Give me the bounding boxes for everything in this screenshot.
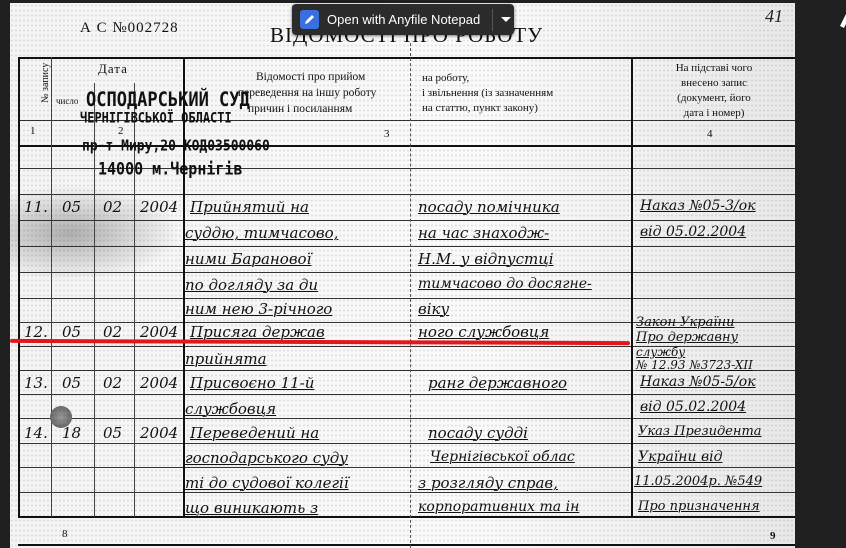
entry-11-text-2: суддю, тимчасово, <box>185 224 338 242</box>
entry-14-text-1: Переведений на <box>190 424 319 442</box>
column-number-4: 4 <box>707 128 713 140</box>
header-date-day: число <box>56 93 78 109</box>
entry-12-basis-2: Про державну <box>636 330 738 345</box>
stamp-line-3: пр-т Миру,20 КОД03500060 <box>82 138 270 155</box>
entry-12-text-2: прийнята <box>185 350 267 368</box>
entry-11-month: 02 <box>103 198 122 216</box>
open-with-label: Open with Anyfile Notepad <box>327 12 480 27</box>
entry-13-text-r1: ранг державного <box>428 374 567 392</box>
header-record-no: № запису <box>38 63 54 103</box>
column-number-3: 3 <box>384 128 390 140</box>
header-basis-2: внесено запис <box>634 76 794 91</box>
column-number-1: 1 <box>30 125 36 137</box>
document-serial-number: А С №002728 <box>80 20 179 37</box>
header-basis-1: На підставі чого <box>634 61 794 76</box>
entry-12-basis-3: службу <box>636 345 685 359</box>
entry-14-text-4: що виникають з <box>185 499 318 517</box>
page-fold-line <box>410 43 411 548</box>
entry-11-no: 11. <box>24 198 48 216</box>
entry-14-text-3: ті до судової колегії <box>185 474 349 492</box>
stamp-line-4: 14000 м.Чернігів <box>98 159 243 180</box>
entry-14-basis-2: України від <box>638 449 722 465</box>
entry-14-year: 2004 <box>140 424 178 442</box>
entry-13-basis-2: від 05.02.2004 <box>640 399 746 415</box>
table-top-rule <box>18 57 795 59</box>
entry-11-text-r5: віку <box>418 300 449 318</box>
entry-11-day: 05 <box>62 198 81 216</box>
entry-11-text-r2: на час знаходж- <box>418 224 549 242</box>
header-info-cont-1: на роботу, <box>422 70 469 86</box>
entry-14-text-r1: посаду судді <box>428 424 528 442</box>
entry-14-month: 05 <box>103 424 122 442</box>
entry-12-basis-1: Закон України <box>636 315 734 330</box>
entry-14-basis-4: Про призначення <box>638 499 760 514</box>
entry-13-text-2: службовця <box>185 400 276 418</box>
entry-11-basis-2: від 05.02.2004 <box>640 224 746 240</box>
header-info-2: переведення на іншу роботу <box>238 85 376 101</box>
entry-14-basis-3: 11.05.2004р. №549 <box>634 474 762 489</box>
pencil-edit-icon <box>300 10 319 29</box>
header-date: Дата <box>98 61 128 77</box>
entry-12-text-1: Присяга держав <box>190 323 325 341</box>
entry-11-year: 2004 <box>140 198 178 216</box>
entry-14-text-r3: з розгляду справ, <box>418 474 558 492</box>
stamp-line-2: ЧЕРНІГІВСЬКОЇ ОБЛАСТІ <box>80 110 232 126</box>
entry-14-text-2: господарського суду <box>185 449 348 467</box>
header-info-cont-2: і звільнення (із зазначенням <box>422 85 553 101</box>
entry-11-text-1: Прийнятий на <box>190 198 309 216</box>
hole-punch-mark <box>50 406 72 428</box>
entry-14-basis-1: Указ Президента <box>638 424 762 439</box>
entry-11-text-r4: тимчасово до досягне- <box>418 276 592 292</box>
col-divider <box>51 57 52 517</box>
entry-11-text-3: ними Баранової <box>185 250 311 268</box>
header-info-1: Відомості про прийом <box>256 69 365 85</box>
chevron-down-icon[interactable] <box>501 17 511 22</box>
footer-page-number-right: 9 <box>770 530 776 542</box>
image-viewer: А С №002728 ВІДОМОСТІ ПРО РОБОТУ 41 № за… <box>0 0 846 548</box>
entry-14-text-r2: Чернігівської облас <box>430 449 575 465</box>
entry-11-basis-1: Наказ №05-3/ок <box>640 198 756 214</box>
col-divider <box>631 57 633 517</box>
entry-13-no: 13. <box>24 374 48 392</box>
stamp-line-1: ОСПОДАРСЬКИЙ СУД <box>86 89 250 112</box>
entry-12-basis-4: № 12.93 №3723-XII <box>636 358 753 372</box>
entry-11-text-4: по догляду за ди <box>185 276 318 294</box>
header-info-3: причин і посиланням <box>248 101 352 117</box>
entry-11-text-5: ним нею 3-річного <box>185 300 332 318</box>
entry-12-text-r1: ного службовця <box>418 323 549 341</box>
entry-12-year: 2004 <box>140 323 178 341</box>
entry-13-year: 2004 <box>140 374 178 392</box>
column-number-2: 2 <box>118 125 124 137</box>
open-with-anyfile-notepad-button[interactable]: Open with Anyfile Notepad <box>292 4 514 35</box>
footer-page-number-left: 8 <box>62 528 68 540</box>
header-basis: На підставі чого внесено запис (документ… <box>634 61 794 121</box>
entry-13-month: 02 <box>103 374 122 392</box>
header-basis-4: дата і номер) <box>634 106 794 121</box>
entry-13-text-1: Присвоєно 11-й <box>190 374 314 392</box>
entry-13-basis-1: Наказ №05-5/ок <box>640 374 756 390</box>
corner-page-number: 41 <box>765 6 783 27</box>
scanned-document-page: А С №002728 ВІДОМОСТІ ПРО РОБОТУ 41 № за… <box>10 3 795 548</box>
header-basis-3: (документ, його <box>634 91 794 106</box>
table-left-border <box>18 57 20 517</box>
entry-11-text-r1: посаду помічника <box>418 198 560 216</box>
entry-13-day: 05 <box>62 374 81 392</box>
entry-14-no: 14. <box>24 424 48 442</box>
side-panel-icon[interactable] <box>838 12 846 28</box>
header-info-cont-3: на статтю, пункт закону) <box>422 100 538 116</box>
entry-14-text-r4: корпоративних та ін <box>418 499 579 515</box>
page-bottom-rule <box>18 544 795 546</box>
entry-11-text-r3: Н.М. у відпустці <box>418 250 554 268</box>
button-separator <box>492 9 493 31</box>
